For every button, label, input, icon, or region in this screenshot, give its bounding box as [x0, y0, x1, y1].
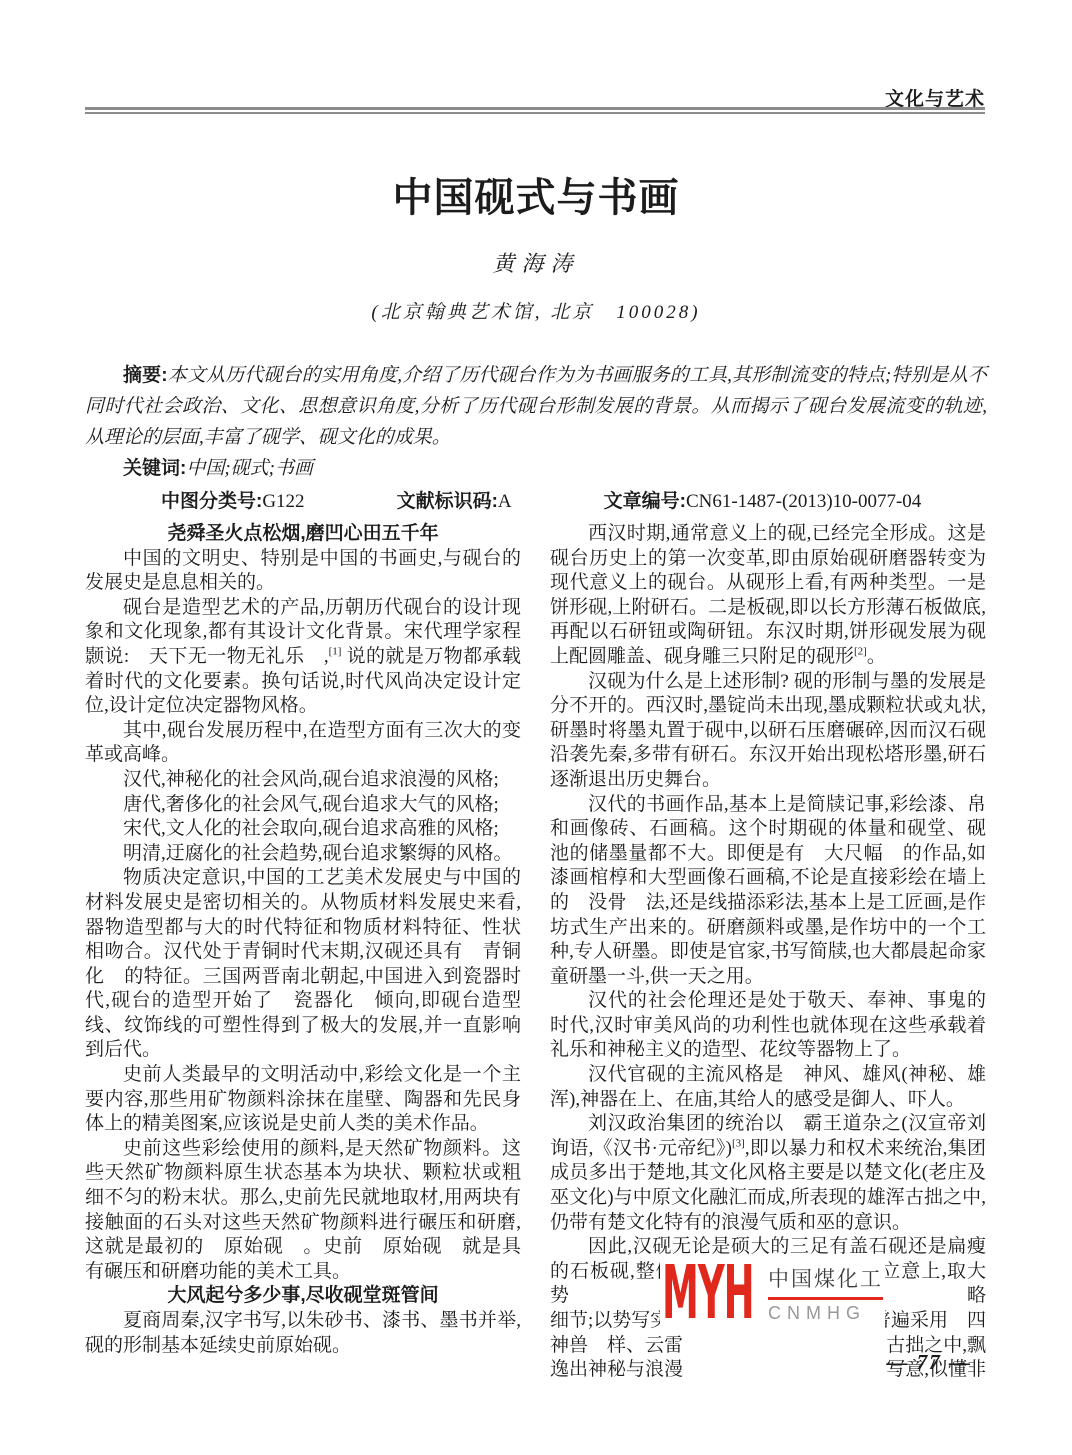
article-id: 文章编号:CN61-1487-(2013)10-0077-04 [566, 486, 922, 517]
keywords-label: 关键词: [123, 458, 186, 479]
paragraph: 宋代,文人化的社会取向,砚台追求高雅的风格; [85, 817, 521, 842]
section-heading: 大风起兮多少事,尽收砚堂斑管间 [85, 1284, 521, 1309]
line-left-fragment: 细节;以势写实, [550, 1310, 674, 1331]
paragraph: 夏商周秦,汉字书写,以朱砂书、漆书、墨书并举,砚的形制基本延续史前原始砚。 [85, 1309, 521, 1358]
article-title: 中国砚式与书画 [0, 166, 1072, 223]
page-number: — 77 — [887, 1350, 973, 1375]
paragraph: 汉砚为什么是上述形制? 砚的形制与墨的发展是分不开的。西汉时,墨锭尚未出现,墨成… [550, 670, 986, 793]
classification-line: 中图分类号:G122文献标识码:A文章编号:CN61-1487-(2013)10… [85, 486, 987, 517]
watermark-latin-text: CNMHG [768, 1303, 883, 1324]
two-column-body: 尧舜圣火点松烟,磨凹心田五千年中国的文明史、特别是中国的书画史,与砚台的发展史是… [85, 522, 987, 1383]
right-column: 西汉时期,通常意义上的砚,已经完全形成。这是砚台历史上的第一次变革,即由原始砚研… [550, 522, 986, 1383]
author-name: 黄海涛 [0, 247, 1072, 278]
section-heading: 尧舜圣火点松烟,磨凹心田五千年 [85, 522, 521, 547]
cnki-coal-watermark: MYH 中国煤化工 CNMHG [660, 1255, 885, 1331]
line-right-fragment: 普遍采用 四 [872, 1309, 986, 1334]
keywords: 关键词:中国;砚式;书画 [85, 453, 987, 484]
paper-page: 文化与艺术 中国砚式与书画 黄海涛 (北京翰典艺术馆, 北京 100028) 摘… [0, 0, 1072, 1455]
paragraph: 汉代的社会伦理还是处于敬天、奉神、事鬼的时代,汉时审美风尚的功利性也就体现在这些… [550, 989, 986, 1063]
paragraph: 汉代的书画作品,基本上是简牍记事,彩绘漆、帛和画像砖、石画稿。这个时期砚的体量和… [550, 793, 986, 990]
paragraph: 史前人类最早的文明活动中,彩绘文化是一个主要内容,那些用矿物颜料涂抹在崖壁、陶器… [85, 1063, 521, 1137]
paragraph: 西汉时期,通常意义上的砚,已经完全形成。这是砚台历史上的第一次变革,即由原始砚研… [550, 522, 986, 670]
paragraph: 物质决定意识,中国的工艺美术发展史与中国的材料发展史是密切相关的。从物质材料发展… [85, 866, 521, 1063]
clc-number: 中图分类号:G122 [123, 486, 305, 517]
paragraph: 中国的文明史、特别是中国的书画史,与砚台的发展史是息息相关的。 [85, 547, 521, 596]
paragraph: 其中,砚台发展历程中,在造型方面有三次大的变革或高峰。 [85, 719, 521, 768]
abstract-text: 本文从历代砚台的实用角度,介绍了历代砚台作为为书画服务的工具,其形制流变的特点;… [85, 365, 987, 448]
line-left-fragment: 神兽 样、云雷 [550, 1335, 683, 1356]
abstract-label: 摘要: [123, 365, 168, 386]
header-double-rule [85, 107, 985, 114]
line-left-fragment: 逸出神秘与浪漫 [550, 1359, 683, 1380]
article-meta: 摘要:本文从历代砚台的实用角度,介绍了历代砚台作为为书画服务的工具,其形制流变的… [85, 360, 987, 517]
watermark-logo-icon: MYH [662, 1257, 762, 1329]
paragraph: 唐代,奢侈化的社会风气,砚台追求大气的风格; [85, 793, 521, 818]
abstract: 摘要:本文从历代砚台的实用角度,介绍了历代砚台作为为书画服务的工具,其形制流变的… [85, 360, 987, 453]
keywords-text: 中国;砚式;书画 [186, 458, 313, 479]
paragraph: 汉代,神秘化的社会风尚,砚台追求浪漫的风格; [85, 768, 521, 793]
paragraph: 汉代官砚的主流风格是 神风、雄风(神秘、雄浑),神器在上、在庙,其给人的感受是御… [550, 1063, 986, 1112]
author-affiliation: (北京翰典艺术馆, 北京 100028) [0, 297, 1072, 324]
paragraph: 史前这些彩绘使用的颜料,是天然矿物颜料。这些天然矿物颜料原生状态基本为块状、颗粒… [85, 1137, 521, 1285]
paragraph: 刘汉政治集团的统治以 霸王道杂之(汉宣帝刘询语,《汉书·元帝纪》)[3],即以暴… [550, 1112, 986, 1235]
paragraph: 明清,迂腐化的社会趋势,砚台追求繁缛的风格。 [85, 842, 521, 867]
document-code: 文献标识码:A [359, 486, 512, 517]
watermark-chinese-text: 中国煤化工 [768, 1263, 883, 1300]
left-column: 尧舜圣火点松烟,磨凹心田五千年中国的文明史、特别是中国的书画史,与砚台的发展史是… [85, 522, 521, 1383]
paragraph: 砚台是造型艺术的产品,历朝历代砚台的设计现象和文化现象,都有其设计文化背景。宋代… [85, 596, 521, 719]
